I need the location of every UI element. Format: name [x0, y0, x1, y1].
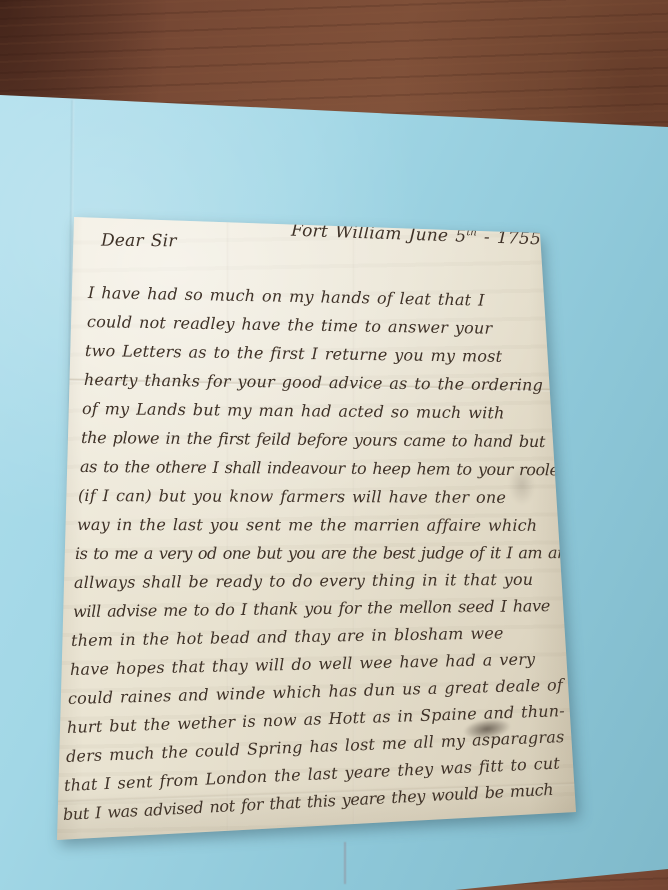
letter-line: the plowe in the first feild before your… — [81, 423, 576, 456]
dateline-place: Fort William — [291, 221, 402, 245]
letter-line: is to me a very od one but you are the b… — [75, 538, 576, 568]
letter-line: as to the othere I shall indeavour to he… — [80, 452, 576, 484]
handwritten-letter: Dear Sir Fort William June 5th - 1755 I … — [57, 217, 576, 840]
dateline-month: June — [408, 225, 448, 246]
dateline-separator: - — [484, 227, 491, 247]
salutation: Dear Sir — [101, 231, 177, 252]
letter-body: I have had so much on my hands of leat t… — [57, 278, 576, 829]
photo-of-letter: Dear Sir Fort William June 5th - 1755 I … — [0, 0, 668, 890]
letter-shadow-wrap: Dear Sir Fort William June 5th - 1755 I … — [0, 0, 668, 890]
dateline-day-suffix: th — [466, 227, 477, 238]
letter-line: way in the last you sent me the marrien … — [77, 510, 576, 540]
letter-line: (if I can) but you know farmers will hav… — [78, 481, 576, 512]
dateline-day: 5 — [455, 226, 467, 246]
dateline: Fort William June 5th - 1755 — [291, 221, 542, 250]
dateline-year: 1755 — [497, 228, 542, 250]
